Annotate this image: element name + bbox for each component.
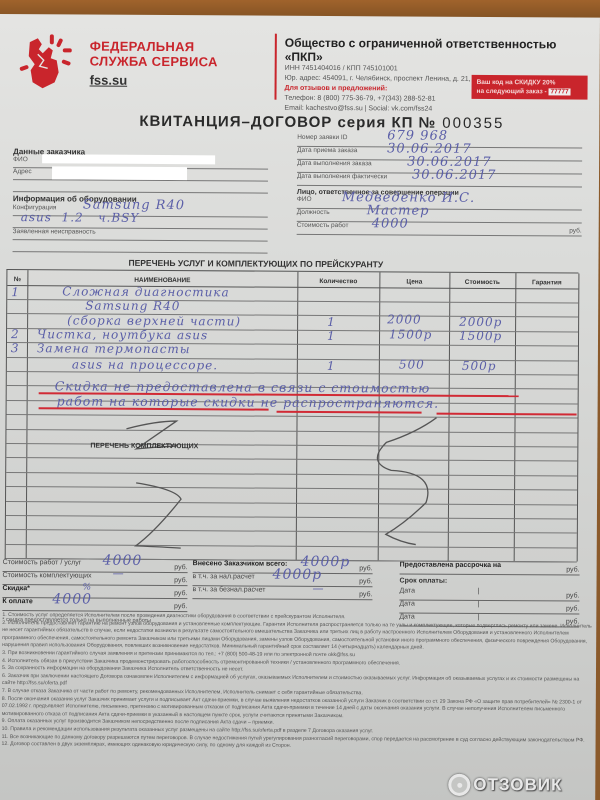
resp-fio-label: ФИО: [297, 196, 312, 203]
customer-address-line-2: [13, 180, 268, 194]
date-actual-field: Дата выполнения фактически30.06.2017: [297, 173, 582, 188]
total-to-pay: К оплате4000руб.: [2, 598, 187, 612]
currency-label: руб.: [569, 227, 581, 234]
due-date-2: Дата|руб.: [399, 600, 579, 614]
noncash-label: в т.ч. за безнал.расчет: [192, 586, 265, 593]
currency-label: руб.: [359, 591, 372, 598]
header-divider: [274, 34, 276, 100]
date-received-label: Дата приема заказа: [297, 147, 357, 154]
currency-label: руб.: [566, 592, 579, 599]
currency-label: руб.: [566, 566, 579, 573]
request-id-label: Номер заявки ID: [297, 134, 347, 141]
currency-label: руб.: [174, 603, 187, 610]
redacted-fio: [42, 154, 215, 164]
to-pay-label: К оплате: [2, 598, 32, 605]
brand-line-2: СЛУЖБА СЕРВИСА: [90, 54, 218, 70]
total-work-cost: Стоимость работ / услуг4000руб.: [3, 559, 188, 573]
cash-label: в т.ч. за нал.расчет: [193, 573, 255, 580]
position-label: Должность: [297, 209, 330, 216]
fault-field-line-2: [13, 240, 268, 254]
date-actual-value: 30.06.2017: [412, 168, 497, 184]
due-date-1: Дата|руб.: [399, 587, 579, 601]
otzovik-watermark: ОТЗОВИК: [448, 774, 562, 797]
currency-label: руб.: [174, 564, 187, 571]
date-label: Дата: [399, 587, 415, 594]
noncash-value: —: [312, 582, 324, 595]
currency-label: руб.: [359, 578, 372, 585]
components-title: ПЕРЕЧЕНЬ КОМПЛЕКТУЮЩИХ: [90, 443, 198, 451]
work-cost-total-label: Стоимость работ / услуг: [3, 559, 82, 566]
date-complete-label: Дата выполнения заказа: [297, 160, 372, 167]
total-discount: Скидка*%руб.: [2, 585, 187, 599]
promo-discount-badge: Ваш код на СКИДКУ 20% на следующий заказ…: [471, 75, 587, 100]
date-label: Дата: [399, 600, 415, 607]
components-label: Стоимость комплектующих: [3, 572, 92, 580]
due-label: Срок оплаты:: [400, 577, 448, 584]
address-label: Адрес: [13, 168, 32, 175]
receipt-document: ФЕДЕРАЛЬНАЯ СЛУЖБА СЕРВИСА fss.su Общест…: [0, 14, 600, 800]
promo-code: 77777: [549, 88, 571, 95]
promo-line-2: на следующий заказ -: [477, 88, 547, 95]
work-cost-value: 4000: [372, 216, 409, 231]
services-table: № НАИМЕНОВАНИЕ Количество Цена Стоимость…: [5, 269, 579, 562]
date-actual-label: Дата выполнения фактически: [297, 173, 387, 181]
fist-wrench-logo-icon: [16, 30, 76, 90]
services-title: ПЕРЕЧЕНЬ УСЛУГ И КОМПЛЕКТУЮЩИХ ПО ПРЕЙСК…: [128, 258, 383, 270]
otzovik-logo-icon: [448, 774, 470, 796]
config-value-line-2: asus 1.2 ч.BSY: [21, 210, 140, 225]
discount-label: Скидка*: [2, 585, 29, 592]
z-strikethrough-scribbles: [6, 270, 580, 563]
watermark-text: ОТЗОВИК: [473, 775, 562, 796]
work-cost-field: Стоимость работ4000руб.: [297, 222, 582, 237]
terms-and-conditions: 1. Стоимость услуг определяется Исполнит…: [2, 612, 593, 752]
cash-value: 4000р: [273, 567, 323, 583]
currency-label: руб.: [174, 590, 187, 597]
currency-label: руб.: [359, 565, 372, 572]
brand-line-1: ФЕДЕРАЛЬНАЯ: [90, 39, 218, 55]
work-cost-label: Стоимость работ: [297, 222, 349, 229]
fault-label: Заявленная неисправность: [13, 228, 96, 236]
redacted-address: [52, 166, 187, 180]
paid-noncash: в т.ч. за безнал.расчет—руб.: [192, 586, 372, 600]
document-title: КВИТАНЦИЯ–ДОГОВОР серия КП №000355: [139, 113, 504, 132]
fio-label: ФИО: [13, 156, 28, 163]
to-pay-value: 4000: [52, 591, 92, 607]
installment-label: Предоставлена рассрочка на: [400, 561, 501, 569]
paid-cash: в т.ч. за нал.расчет4000рруб.: [193, 573, 373, 587]
document-number: 000355: [442, 115, 504, 132]
installment: Предоставлена рассрочка наруб.: [400, 561, 580, 575]
components-value: —: [113, 567, 125, 580]
company-name: Общество с ограниченной ответственностью…: [285, 36, 595, 66]
total-components: Стоимость комплектующих—руб.: [3, 572, 188, 586]
brand-name: ФЕДЕРАЛЬНАЯ СЛУЖБА СЕРВИСА: [90, 39, 218, 70]
term-item: 2. Исполнитель предоставляет гарантию на…: [2, 620, 592, 654]
brand-site-link[interactable]: fss.su: [90, 73, 128, 88]
currency-label: руб.: [566, 605, 579, 612]
currency-label: руб.: [174, 577, 187, 584]
